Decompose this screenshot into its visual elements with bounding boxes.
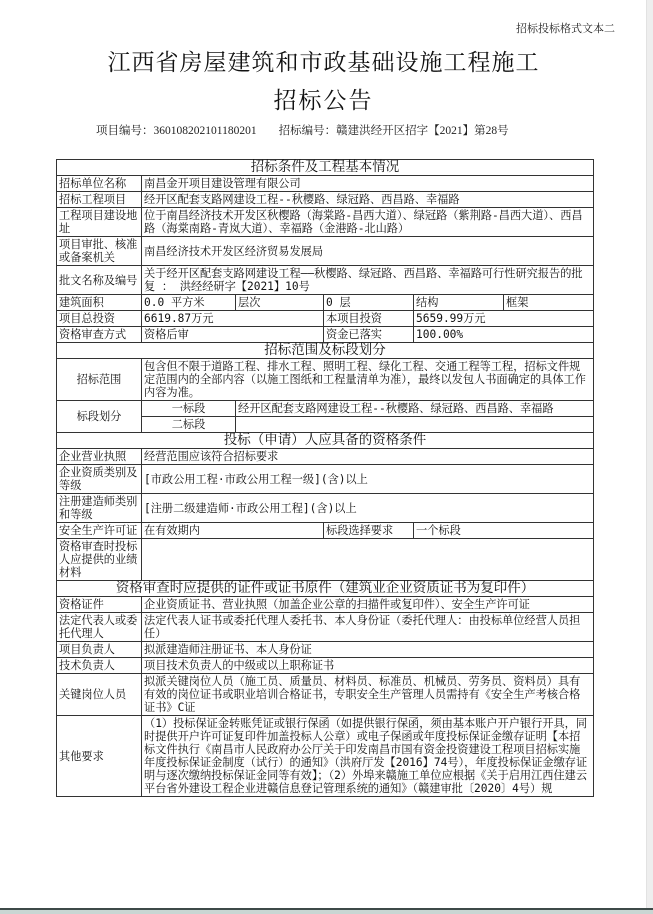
row-label: 企业营业执照 [57,449,142,465]
row-label: 招标工程项目 [57,192,142,208]
row-value: [市政公用工程·市政公用工程一级](含)以上 [142,465,594,494]
lot-req-value: 一个标段 [414,523,594,539]
project-no-label: 项目编号： [96,125,154,137]
total-invest-label: 项目总投资 [57,311,142,327]
funds-label: 资金已落实 [324,327,414,343]
row-label: 招标单位名称 [57,176,142,192]
total-invest-value: 6619.87万元 [142,311,324,327]
table-row: 项目总投资 6619.87万元 本项目投资 5659.99万元 [57,311,594,327]
row-value: 经营范围应该符合招标要求 [142,449,594,465]
table-row: 工程项目建设地址 位于南昌经济技术开发区秋樱路（海棠路-昌西大道）、绿冠路（紫荆… [57,208,594,237]
table-row: 技术负责人 项目技术负责人的中级或以上职称证书 [57,658,594,674]
project-no: 360108202101180201 [154,125,257,137]
row-value: 企业资质证书、营业执照（加盖企业公章的扫描件或复印件）、安全生产许可证 [142,597,594,613]
row-label: 其他要求 [57,716,142,797]
row-value: 拟派关键岗位人员（施工员、质量员、材料员、标准员、机械员、劳务员、资料员）具有有… [142,674,594,716]
review-method-value: 资格后审 [142,327,324,343]
row-label: 项目负责人 [57,642,142,658]
doc-type-label: 招标投标格式文本二 [516,20,615,36]
tender-no: 赣建洪经开区招字【2021】第28号 [336,125,509,137]
row-label: 批文名称及编号 [57,266,142,295]
lot-name: 二标段 [142,417,236,433]
area-label: 建筑面积 [57,295,142,311]
lot-name: 一标段 [142,401,236,417]
row-label: 资格证件 [57,597,142,613]
document-page: 招标投标格式文本二 江西省房屋建筑和市政基础设施工程施工 招标公告 项目编号：3… [0,0,647,908]
row-label: 关键岗位人员 [57,674,142,716]
row-value: 位于南昌经济技术开发区秋樱路（海棠路-昌西大道）、绿冠路（紫荆路-昌西大道）、西… [142,208,594,237]
table-row: 招标工程项目 经开区配套支路网建设工程--秋樱路、绿冠路、西昌路、幸福路 [57,192,594,208]
row-value: 拟派建造师注册证书、本人身份证 [142,642,594,658]
table-row: 招标单位名称 南昌金开项目建设管理有限公司 [57,176,594,192]
row-value: （1）投标保证金转账凭证或银行保函（如提供银行保函，须由基本账户开户银行开具，同… [142,716,594,797]
this-invest-label: 本项目投资 [324,311,414,327]
lot-desc [236,417,594,433]
floors-value: 0 层 [324,295,414,311]
row-label: 工程项目建设地址 [57,208,142,237]
section-title-qualification: 投标（申请）人应具备的资格条件 [57,433,594,449]
row-value: [注册二级建造师·市政公用工程](含)以上 [142,494,594,523]
row-value: 经开区配套支路网建设工程--秋樱路、绿冠路、西昌路、幸福路 [142,192,594,208]
review-method-label: 资格审查方式 [57,327,142,343]
safety-label: 安全生产许可证 [57,523,142,539]
tender-no-label: 招标编号： [279,125,337,137]
table-row: 资格证件 企业资质证书、营业执照（加盖企业公章的扫描件或复印件）、安全生产许可证 [57,597,594,613]
section-title-documents: 资格审查时应提供的证件或证书原件（建筑业企业资质证书为复印件） [57,581,594,597]
lot-req-label: 标段选择要求 [324,523,414,539]
lot-desc: 经开区配套支路网建设工程--秋樱路、绿冠路、西昌路、幸福路 [236,401,594,417]
row-value: 法定代表人证书或委托代理人委托书、本人身份证（委托代理人：由投标单位经营人员担任… [142,613,594,642]
row-label: 技术负责人 [57,658,142,674]
structure-label: 结构 [414,295,504,311]
row-value: 南昌金开项目建设管理有限公司 [142,176,594,192]
section-title-scope: 招标范围及标段划分 [57,343,594,359]
row-value: 关于经开区配套支路网建设工程——秋樱路、绿冠路、西昌路、幸福路可行性研究报告的批… [142,266,594,295]
area-value: 0.0 平方米 [142,295,236,311]
floors-label: 层次 [236,295,324,311]
row-label: 企业资质类别及等级 [57,465,142,494]
this-invest-value: 5659.99万元 [414,311,594,327]
table-row: 注册建造师类别和等级 [注册二级建造师·市政公用工程](含)以上 [57,494,594,523]
table-row: 招标范围 包含但不限于道路工程、排水工程、照明工程、绿化工程、交通工程等工程，招… [57,359,594,401]
table-row: 资格审查方式 资格后审 资金已落实 100.00% [57,327,594,343]
table-row: 项目审批、核准或备案机关 南昌经济技术开发区经济贸易发展局 [57,237,594,266]
table-row: 项目负责人 拟派建造师注册证书、本人身份证 [57,642,594,658]
table-row: 企业资质类别及等级 [市政公用工程·市政公用工程一级](含)以上 [57,465,594,494]
row-label: 法定代表人或委托代理人 [57,613,142,642]
table-row: 企业营业执照 经营范围应该符合招标要求 [57,449,594,465]
table-row: 安全生产许可证 在有效期内 标段选择要求 一个标段 [57,523,594,539]
scope-label: 招标范围 [57,359,142,401]
table-row: 法定代表人或委托代理人 法定代表人证书或委托代理人委托书、本人身份证（委托代理人… [57,613,594,642]
row-value: 项目技术负责人的中级或以上职称证书 [142,658,594,674]
page-title-line1: 江西省房屋建筑和市政基础设施工程施工 [0,44,647,77]
row-label: 项目审批、核准或备案机关 [57,237,142,266]
table-row: 建筑面积 0.0 平方米 层次 0 层 结构 框架 [57,295,594,311]
row-value: 南昌经济技术开发区经济贸易发展局 [142,237,594,266]
bottom-status-bar [0,908,653,914]
row-label: 注册建造师类别和等级 [57,494,142,523]
section-title-basic: 招标条件及工程基本情况 [57,160,594,176]
table-row: 关键岗位人员 拟派关键岗位人员（施工员、质量员、材料员、标准员、机械员、劳务员、… [57,674,594,716]
table-row: 标段划分 一标段 经开区配套支路网建设工程--秋樱路、绿冠路、西昌路、幸福路 [57,401,594,417]
project-codes: 项目编号：360108202101180201招标编号：赣建洪经开区招字【202… [96,122,509,138]
table-row: 资格审查时投标人应提供的业绩材料 [57,539,594,581]
funds-value: 100.00% [414,327,594,343]
performance-value [142,539,594,581]
structure-value: 框架 [504,295,594,311]
lots-label: 标段划分 [57,401,142,433]
tender-info-table: 招标条件及工程基本情况 招标单位名称 南昌金开项目建设管理有限公司 招标工程项目… [56,159,594,797]
performance-label: 资格审查时投标人应提供的业绩材料 [57,539,142,581]
scope-value: 包含但不限于道路工程、排水工程、照明工程、绿化工程、交通工程等工程，招标文件规定… [142,359,594,401]
table-row: 其他要求 （1）投标保证金转账凭证或银行保函（如提供银行保函，须由基本账户开户银… [57,716,594,797]
table-row: 批文名称及编号 关于经开区配套支路网建设工程——秋樱路、绿冠路、西昌路、幸福路可… [57,266,594,295]
vertical-scrollbar[interactable] [646,0,653,908]
safety-value: 在有效期内 [142,523,324,539]
page-title-line2: 招标公告 [0,82,647,115]
